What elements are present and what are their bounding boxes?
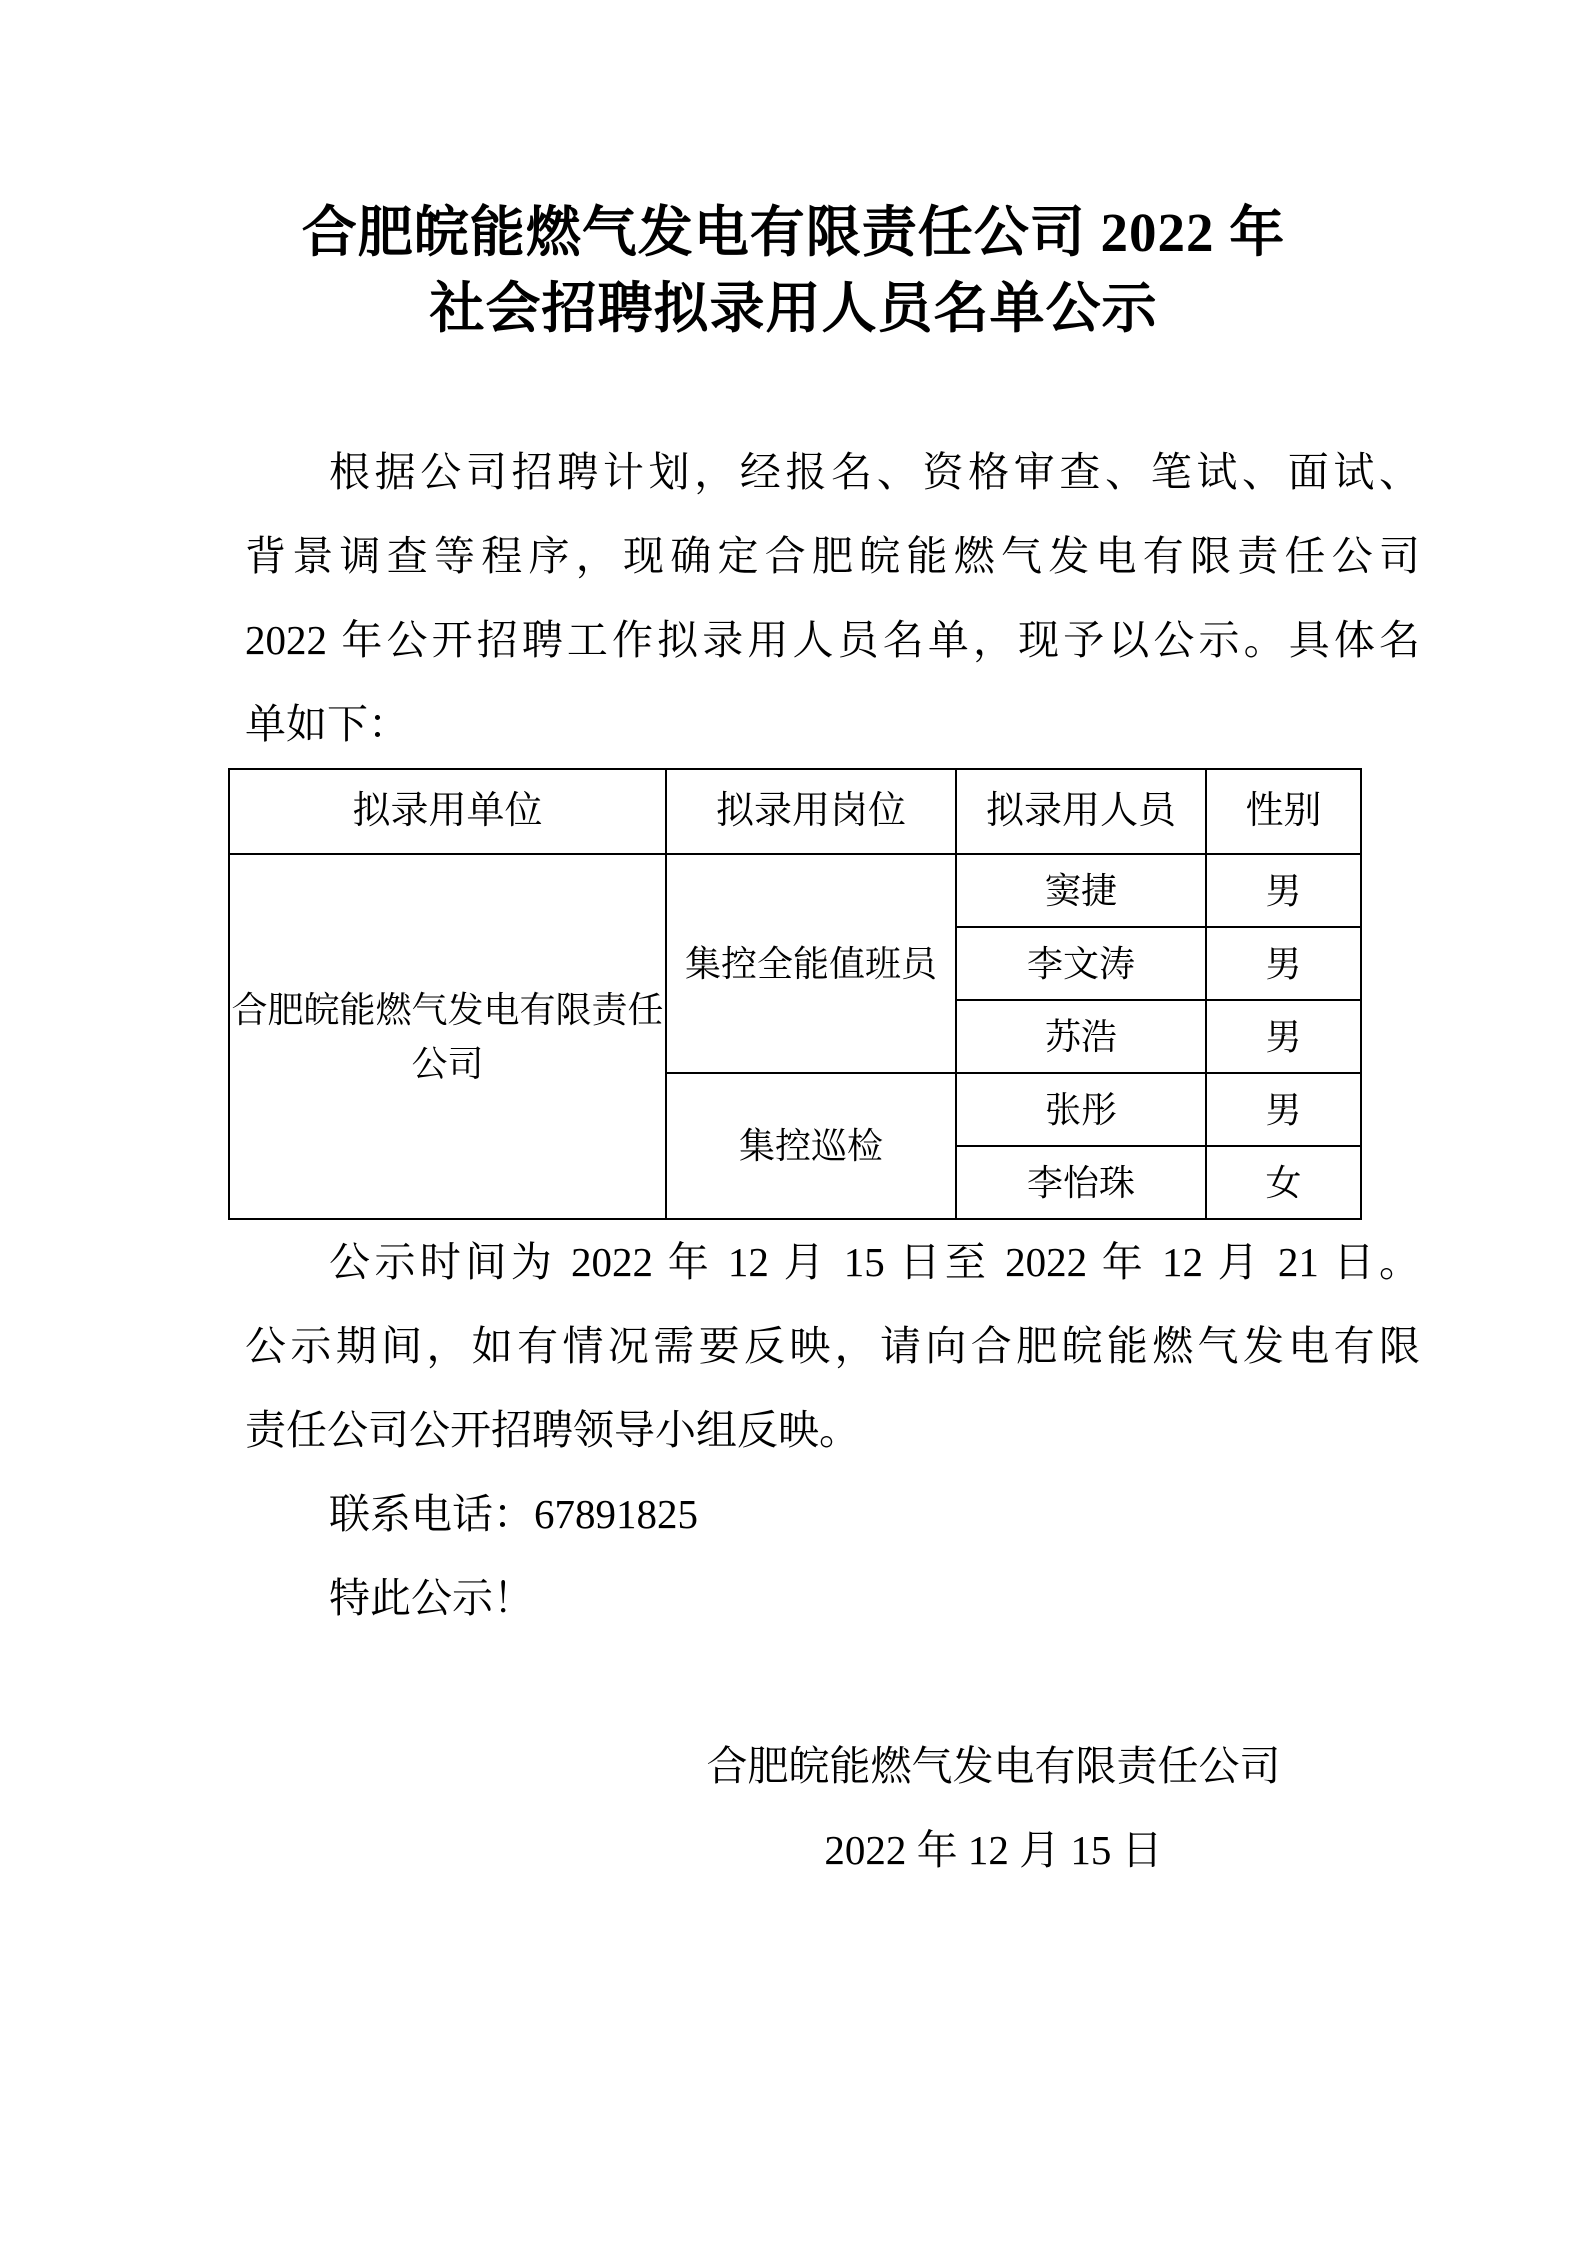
- table-header-row: 拟录用单位 拟录用岗位 拟录用人员 性别: [229, 769, 1361, 854]
- signature-block: 合肥皖能燃气发电有限责任公司 2022 年 12 月 15 日: [400, 1724, 1587, 1892]
- document-body: 根据公司招聘计划，经报名、资格审查、笔试、面试、 背景调查等程序，现确定合肥皖能…: [245, 430, 1420, 766]
- title-line-2: 社会招聘拟录用人员名单公示: [0, 271, 1587, 347]
- position-cell: 集控全能值班员: [666, 854, 956, 1073]
- notice-line: 责任公司公开招聘领导小组反映。: [245, 1388, 1420, 1472]
- table-row: 合肥皖能燃气发电有限责任公司 集控全能值班员 窦捷 男: [229, 854, 1361, 927]
- intro-paragraph: 根据公司招聘计划，经报名、资格审查、笔试、面试、 背景调查等程序，现确定合肥皖能…: [245, 430, 1420, 766]
- signature-date: 2022 年 12 月 15 日: [400, 1808, 1587, 1892]
- notice-line: 公示期间，如有情况需要反映，请向合肥皖能燃气发电有限: [245, 1304, 1420, 1388]
- gender-cell: 男: [1206, 1000, 1361, 1073]
- person-name-cell: 张彤: [956, 1073, 1206, 1146]
- intro-line: 根据公司招聘计划，经报名、资格审查、笔试、面试、: [245, 430, 1420, 514]
- intro-line: 背景调查等程序，现确定合肥皖能燃气发电有限责任公司: [245, 514, 1420, 598]
- person-name-cell: 窦捷: [956, 854, 1206, 927]
- header-gender: 性别: [1206, 769, 1361, 854]
- contact-line: 联系电话：67891825: [245, 1472, 1420, 1556]
- notice-line: 公示时间为 2022 年 12 月 15 日至 2022 年 12 月 21 日…: [245, 1220, 1420, 1304]
- signature-company: 合肥皖能燃气发电有限责任公司: [400, 1724, 1587, 1808]
- announcement-page: 合肥皖能燃气发电有限责任公司 2022 年 社会招聘拟录用人员名单公示 根据公司…: [0, 0, 1587, 2245]
- unit-cell: 合肥皖能燃气发电有限责任公司: [229, 854, 666, 1219]
- gender-cell: 男: [1206, 1073, 1361, 1146]
- gender-cell: 男: [1206, 854, 1361, 927]
- notice-paragraph: 公示时间为 2022 年 12 月 15 日至 2022 年 12 月 21 日…: [245, 1220, 1420, 1472]
- person-name-cell: 李文涛: [956, 927, 1206, 1000]
- person-name-cell: 苏浩: [956, 1000, 1206, 1073]
- gender-cell: 男: [1206, 927, 1361, 1000]
- gender-cell: 女: [1206, 1146, 1361, 1219]
- contact-paragraph: 联系电话：67891825: [245, 1472, 1420, 1556]
- document-body-lower: 公示时间为 2022 年 12 月 15 日至 2022 年 12 月 21 日…: [245, 1220, 1420, 1640]
- closing-line: 特此公示！: [245, 1556, 1420, 1640]
- title-line-1: 合肥皖能燃气发电有限责任公司 2022 年: [0, 195, 1587, 271]
- header-person: 拟录用人员: [956, 769, 1206, 854]
- header-position: 拟录用岗位: [666, 769, 956, 854]
- closing-paragraph: 特此公示！: [245, 1556, 1420, 1640]
- intro-line: 2022 年公开招聘工作拟录用人员名单，现予以公示。具体名: [245, 598, 1420, 682]
- recruitment-table: 拟录用单位 拟录用岗位 拟录用人员 性别 合肥皖能燃气发电有限责任公司 集控全能…: [228, 768, 1362, 1220]
- page-title: 合肥皖能燃气发电有限责任公司 2022 年 社会招聘拟录用人员名单公示: [0, 195, 1587, 347]
- person-name-cell: 李怡珠: [956, 1146, 1206, 1219]
- intro-line: 单如下：: [245, 682, 1420, 766]
- position-cell: 集控巡检: [666, 1073, 956, 1219]
- header-unit: 拟录用单位: [229, 769, 666, 854]
